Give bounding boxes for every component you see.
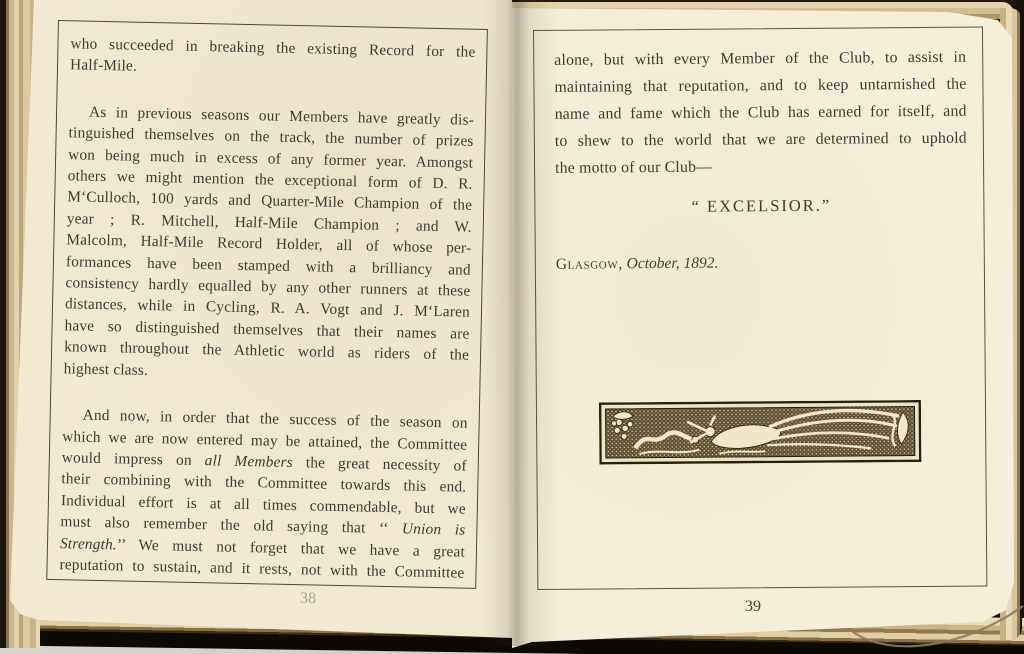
right-page-border: alone, but with every Member of the Club… bbox=[533, 26, 987, 590]
dateline: Glasgow, October, 1892. bbox=[556, 253, 968, 274]
phoenix-engraving-ornament-icon bbox=[599, 400, 921, 465]
paragraph: As in previous seasons our Members have … bbox=[63, 101, 474, 388]
text-line: name and fame which the Club has earned … bbox=[555, 98, 967, 128]
book-scan: who succeeded in breaking the existing R… bbox=[0, 0, 1024, 654]
scanner-hair bbox=[845, 596, 1024, 654]
right-page-text: alone, but with every Member of the Club… bbox=[554, 44, 967, 182]
right-page-number: 39 bbox=[703, 598, 803, 616]
club-motto: “ EXCELSIOR.” bbox=[555, 195, 967, 218]
right-page: alone, but with every Member of the Club… bbox=[508, 2, 1020, 652]
paragraph: who succeeded in breaking the existing R… bbox=[70, 33, 476, 84]
left-page-border: who succeeded in breaking the existing R… bbox=[46, 20, 488, 589]
text-line: alone, but with every Member of the Club… bbox=[554, 44, 966, 74]
paragraph: And now, in order that the success of th… bbox=[59, 404, 467, 584]
left-page: who succeeded in breaking the existing R… bbox=[8, 0, 512, 642]
dateline-place: Glasgow, bbox=[556, 255, 623, 273]
left-page-text: who succeeded in breaking the existing R… bbox=[59, 33, 475, 584]
paragraph: alone, but with every Member of the Club… bbox=[554, 44, 967, 182]
dateline-date: October, 1892. bbox=[623, 255, 719, 273]
text-line: maintaining that reputation, and to keep… bbox=[554, 71, 966, 101]
left-page-number: 38 bbox=[258, 588, 359, 609]
text-line: to shew to the world that we are determi… bbox=[555, 125, 967, 155]
text-line: the motto of our Club— bbox=[555, 152, 967, 182]
